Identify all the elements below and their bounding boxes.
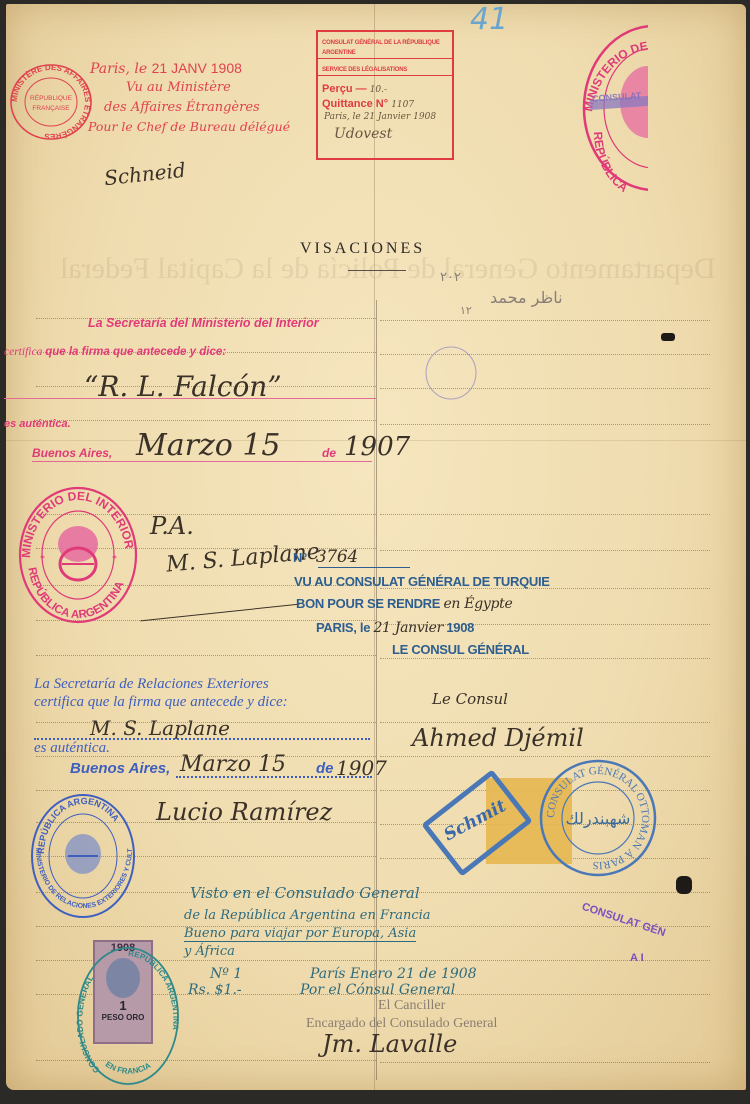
- receipt-received-value: 10.-: [370, 85, 387, 95]
- french-stamp-line4: Pour le Chef de Bureau délégué: [88, 119, 290, 134]
- interior-cert-year: 1907: [344, 432, 410, 462]
- exteriores-cert-line1: La Secretaría de Relaciones Exteriores: [34, 676, 269, 693]
- interior-signature-initials: P.A.: [150, 512, 194, 540]
- french-stamp-date-line: Paris, le 21 JANV 1908: [90, 60, 242, 77]
- interior-cert-underline: [4, 398, 376, 399]
- exteriores-ministry-seal: REPÚBLICA ARGENTINA MINISTERIO DE RELACI…: [28, 792, 138, 920]
- consulate-title1: El Canciller: [378, 998, 445, 1014]
- svg-text:شهبندرلك: شهبندرلك: [566, 809, 631, 829]
- svg-text:EN FRANCIA: EN FRANCIA: [104, 1060, 153, 1076]
- svg-text:*: *: [112, 554, 117, 565]
- interior-cert-authentic: es auténtica.: [4, 418, 71, 430]
- consulate-number: Nº 1: [210, 966, 242, 982]
- consulate-line4: y África: [184, 944, 235, 959]
- turkish-consul-label: Le Consul: [432, 690, 508, 708]
- turkish-visa-date: 21 Janvier: [373, 620, 443, 636]
- french-stamp-line3: des Affaires Étrangères: [104, 100, 260, 115]
- turkish-visa-number-underline: [318, 567, 410, 568]
- svg-text:REPÚBLICA ARGENTINA: REPÚBLICA ARGENTINA: [128, 949, 181, 1031]
- ink-blot-2: [676, 876, 692, 894]
- turkish-visa-line2: BON POUR SE RENDRE en Égypte: [296, 596, 512, 612]
- french-stamp-date: 21 JANV 1908: [152, 60, 242, 76]
- receipt-stamp: CONSULAT GÉNÉRAL DE LA RÉPUBLIQUE ARGENT…: [316, 30, 454, 160]
- french-stamp-line2: Vu au Ministère: [126, 80, 231, 95]
- arabic-note-number: ٢٠٢: [440, 270, 461, 285]
- arabic-note-text: ناظر محمد: [490, 288, 563, 307]
- exteriores-cert-de: de: [316, 760, 334, 777]
- exteriores-cert-authentic: es auténtica.: [34, 740, 110, 757]
- receipt-number-row: Quittance N° 1107: [318, 97, 452, 112]
- consulate-line2: de la República Argentina en Francia: [184, 908, 431, 923]
- exteriores-date-dotted-line: [176, 776, 372, 778]
- argentine-consulate-seal: CONSULADO GENERAL REPÚBLICA ARGENTINA EN…: [72, 944, 182, 1088]
- svg-text:*: *: [40, 554, 45, 565]
- receipt-stamp-header1: CONSULAT GÉNÉRAL DE LA RÉPUBLIQUE ARGENT…: [318, 32, 452, 59]
- interior-cert-city: Buenos Aires,: [32, 446, 112, 460]
- interior-column-divider: [376, 300, 377, 1080]
- interior-ministry-seal: MINISTERIO DEL INTERIOR REPÚBLICA ARGENT…: [16, 484, 140, 626]
- ottoman-consulate-seal: CONSULAT GÉNÉRAL OTTOMAN À PARIS شهبندرل…: [538, 758, 658, 878]
- svg-text:RÉPUBLIQUE: RÉPUBLIQUE: [30, 93, 73, 102]
- turkish-consul-signature: Ahmed Djémil: [412, 724, 584, 752]
- consulate-place-date: París Enero 21 de 1908: [310, 966, 477, 982]
- svg-text:CONSULADO GENERAL: CONSULADO GENERAL: [74, 973, 101, 1075]
- faint-circle-stamp: [424, 345, 478, 401]
- french-stamp-paris-label: Paris, le: [90, 61, 147, 77]
- turkish-visa-line1: VU AU CONSULAT GÉNÉRAL DE TURQUIE: [294, 574, 550, 589]
- consulate-for-consul: Por el Cónsul General: [300, 982, 455, 998]
- turkish-visa-number: 3764: [316, 547, 358, 567]
- svg-text:REPÚBLICA: REPÚBLICA: [591, 131, 631, 195]
- document-title: VISACIONES: [300, 240, 425, 258]
- exteriores-cert-date: Marzo 15: [180, 752, 286, 777]
- violet-stamp-line2: A I: [630, 952, 644, 964]
- title-underline: [348, 270, 406, 271]
- exteriores-cert-line2: certifica que la firma que antecede y di…: [34, 694, 288, 711]
- exteriores-official-signature: Lucio Ramírez: [156, 798, 332, 826]
- receipt-signature: Udovest: [318, 126, 452, 142]
- turkish-visa-destination: en Égypte: [443, 596, 512, 612]
- turkish-visa-number-row: Nº 3764: [293, 547, 358, 567]
- exteriores-cert-signature: M. S. Laplane: [90, 716, 230, 740]
- interior-cert-date: Marzo 15: [136, 428, 281, 463]
- consulate-fee: Rs. $1.-: [188, 982, 242, 998]
- svg-text:REPÚBLICA ARGENTINA: REPÚBLICA ARGENTINA: [25, 566, 126, 621]
- svg-text:FRANÇAISE: FRANÇAISE: [32, 105, 70, 112]
- consulate-line1: Visto en el Consulado General: [190, 884, 420, 902]
- interior-cert-line1: La Secretaría del Ministerio del Interio…: [88, 316, 319, 330]
- receipt-stamp-header2: SERVICE DES LÉGALISATIONS: [318, 59, 452, 76]
- ink-blot: [661, 333, 675, 341]
- consulate-signature: Jm. Lavalle: [322, 1030, 457, 1058]
- receipt-place-date: Paris, le 21 Janvier 1908: [318, 112, 452, 122]
- arabic-note-number-2: ١٢: [460, 304, 472, 317]
- interior-date-underline: [32, 461, 372, 462]
- turkish-visa-line4: LE CONSUL GÉNÉRAL: [392, 642, 529, 657]
- page-number: 41: [470, 2, 508, 37]
- exteriores-cert-city: Buenos Aires,: [70, 760, 170, 777]
- turkish-visa-line3: PARIS, le 21 Janvier 1908: [316, 620, 474, 636]
- interior-cert-de: de: [322, 446, 336, 460]
- consulate-line3: Bueno para viajar por Europa, Asia: [184, 926, 416, 942]
- interior-cert-line2: certifica que la firma que antecede y di…: [4, 346, 226, 358]
- french-ministry-seal: MINISTÈRE DES AFFAIRES ÉTRANGÈRES RÉPUBL…: [8, 62, 94, 142]
- interior-seal-top-right: MINISTERIO DEL INTERIOR REPÚBLICA: [578, 22, 650, 192]
- receipt-number-value: 1107: [391, 100, 414, 110]
- receipt-received-row: Perçu — 10.-: [318, 82, 452, 97]
